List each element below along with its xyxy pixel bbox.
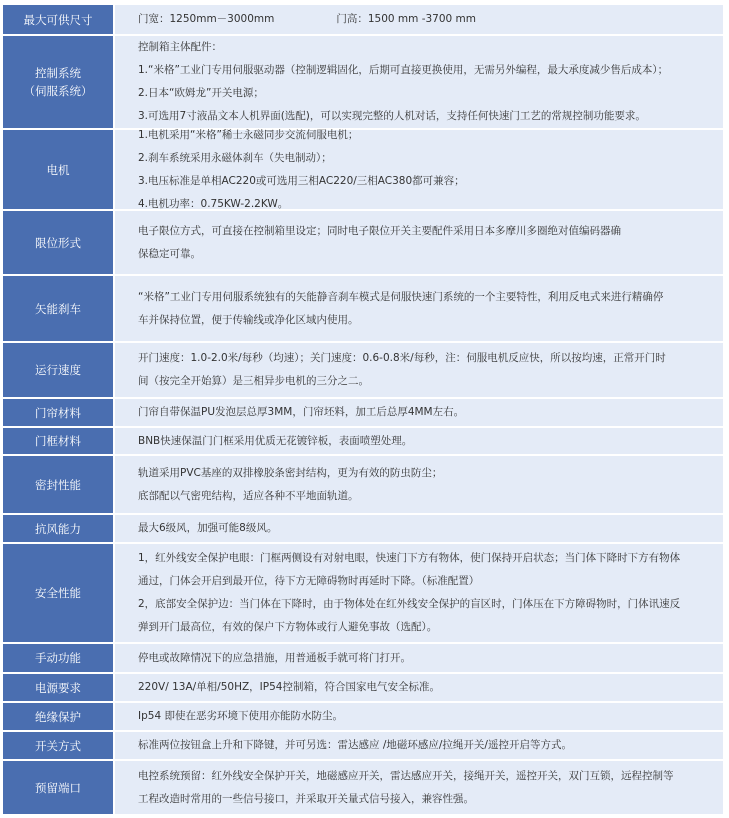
spec-label-text: 绝缘保护 (35, 708, 81, 726)
spec-label-text: 门框材料 (35, 432, 81, 450)
spec-row: 抗风能力最大6级风，加强可能8级风。 (3, 515, 723, 542)
spec-row: 矢能刹车“米格”工业门专用伺服系统独有的矢能静音刹车模式是伺服快速门系统的一个主… (3, 276, 723, 341)
spec-value: 门帘自带保温PU发泡层总厚3MM，门帘坯料，加工后总厚4MM左右。 (115, 399, 723, 426)
spec-label: 开关方式 (3, 732, 113, 759)
spec-label: 限位形式 (3, 211, 113, 274)
size-line: 门宽：1250mm－3000mm门高：1500 mm -3700 mm (138, 8, 713, 31)
spec-value-line: 3.电压标准是单相AC220或可选用三相AC220/三相AC380都可兼容； (138, 170, 713, 193)
spec-label: 控制系统（伺服系统） (3, 36, 113, 128)
spec-label: 手动功能 (3, 644, 113, 672)
spec-row: 限位形式电子限位方式，可直接在控制箱里设定；同时电子限位开关主要配件采用日本多摩… (3, 211, 723, 274)
spec-value-line: “米格”工业门专用伺服系统独有的矢能静音刹车模式是伺服快速门系统的一个主要特性，… (138, 286, 713, 309)
spec-label-text: 矢能刹车 (35, 300, 81, 318)
spec-value-line: 2.刹车系统采用永磁体刹车（失电制动）； (138, 147, 713, 170)
spec-label-text: 抗风能力 (35, 520, 81, 538)
spec-value-line: 1.“米格”工业门专用伺服驱动器（控制逻辑固化，后期可直接更换使用，无需另外编程… (138, 59, 713, 82)
spec-label: 矢能刹车 (3, 276, 113, 341)
spec-value-line: 轨道采用PVC基座的双排橡胶条密封结构，更为有效的防虫防尘； (138, 462, 713, 485)
spec-value: 停电或故障情况下的应急措施，用普通板手就可将门打开。 (115, 644, 723, 672)
spec-value-line: 1.电机采用“米格”稀士永磁同步交流伺服电机； (138, 124, 713, 147)
spec-label: 密封性能 (3, 456, 113, 513)
spec-label: 绝缘保护 (3, 703, 113, 730)
spec-row: 最大可供尺寸门宽：1250mm－3000mm门高：1500 mm -3700 m… (3, 5, 723, 34)
spec-row: 安全性能1，红外线安全保护电眼：门框两侧设有对射电眼，快速门下方有物体，使门保持… (3, 544, 723, 642)
spec-row: 运行速度开门速度：1.0-2.0米/每秒（均速）；关门速度：0.6-0.8米/每… (3, 343, 723, 397)
spec-label-text: 控制系统 (35, 64, 81, 82)
spec-value: 最大6级风，加强可能8级风。 (115, 515, 723, 542)
spec-value: 开门速度：1.0-2.0米/每秒（均速）；关门速度：0.6-0.8米/每秒，注：… (115, 343, 723, 397)
spec-value-line: 门帘自带保温PU发泡层总厚3MM，门帘坯料，加工后总厚4MM左右。 (138, 401, 713, 424)
spec-label: 抗风能力 (3, 515, 113, 542)
spec-value: 控制箱主体配件：1.“米格”工业门专用伺服驱动器（控制逻辑固化，后期可直接更换使… (115, 36, 723, 128)
spec-label-text: 开关方式 (35, 737, 81, 755)
door-width: 门宽：1250mm－3000mm (138, 13, 274, 25)
spec-label: 门帘材料 (3, 399, 113, 426)
spec-table: 最大可供尺寸门宽：1250mm－3000mm门高：1500 mm -3700 m… (3, 5, 723, 816)
spec-value-line: 最大6级风，加强可能8级风。 (138, 517, 713, 540)
spec-label-text: 电机 (47, 161, 70, 179)
spec-row: 密封性能轨道采用PVC基座的双排橡胶条密封结构，更为有效的防虫防尘；底部配以气密… (3, 456, 723, 513)
spec-row: 电机1.电机采用“米格”稀士永磁同步交流伺服电机；2.刹车系统采用永磁体刹车（失… (3, 130, 723, 209)
spec-label-text: 最大可供尺寸 (24, 11, 93, 29)
spec-value-line: 停电或故障情况下的应急措施，用普通板手就可将门打开。 (138, 647, 713, 670)
spec-value: “米格”工业门专用伺服系统独有的矢能静音刹车模式是伺服快速门系统的一个主要特性，… (115, 276, 723, 341)
spec-value-line: 底部配以气密兜结构，适应各种不平地面轨道。 (138, 485, 713, 508)
spec-value-line: 电控系统预留：红外线安全保护开关，地磁感应开关，雷达感应开关，接绳开关，遥控开关… (138, 765, 713, 788)
spec-label-text: （伺服系统） (24, 82, 93, 100)
spec-row: 门框材料BNB快速保温门门框采用优质无花镀锌板，表面喷塑处理。 (3, 428, 723, 454)
spec-value: 1.电机采用“米格”稀士永磁同步交流伺服电机；2.刹车系统采用永磁体刹车（失电制… (115, 130, 723, 209)
spec-value-line: 1，红外线安全保护电眼：门框两侧设有对射电眼，快速门下方有物体，使门保持开启状态… (138, 547, 713, 570)
spec-label-text: 密封性能 (35, 476, 81, 494)
spec-row: 门帘材料门帘自带保温PU发泡层总厚3MM，门帘坯料，加工后总厚4MM左右。 (3, 399, 723, 426)
spec-value-line: 车并保持位置，便于传输线或净化区域内使用。 (138, 309, 713, 332)
spec-value: 1，红外线安全保护电眼：门框两侧设有对射电眼，快速门下方有物体，使门保持开启状态… (115, 544, 723, 642)
spec-label-text: 手动功能 (35, 649, 81, 667)
spec-value-line: 弹到开门最高位，有效的保户下方物体或行人避免事故（选配）。 (138, 616, 713, 639)
spec-label: 电机 (3, 130, 113, 209)
spec-label-text: 预留端口 (35, 779, 81, 797)
spec-value-line: BNB快速保温门门框采用优质无花镀锌板，表面喷塑处理。 (138, 430, 713, 453)
spec-label-text: 限位形式 (35, 234, 81, 252)
spec-row: 控制系统（伺服系统）控制箱主体配件：1.“米格”工业门专用伺服驱动器（控制逻辑固… (3, 36, 723, 128)
spec-row: 预留端口电控系统预留：红外线安全保护开关，地磁感应开关，雷达感应开关，接绳开关，… (3, 761, 723, 814)
spec-value-line: 电子限位方式，可直接在控制箱里设定；同时电子限位开关主要配件采用日本多摩川多圈绝… (138, 220, 713, 243)
spec-value-line: 开门速度：1.0-2.0米/每秒（均速）；关门速度：0.6-0.8米/每秒，注：… (138, 347, 713, 370)
spec-value-line: 通过，门体会开启到最开位，待下方无障碍物时再延时下降。（标准配置） (138, 570, 713, 593)
spec-value: 电控系统预留：红外线安全保护开关，地磁感应开关，雷达感应开关，接绳开关，遥控开关… (115, 761, 723, 814)
spec-label-text: 电源要求 (35, 679, 81, 697)
spec-value: 220V/ 13A/单相/50HZ，IP54控制箱，符合国家电气安全标准。 (115, 674, 723, 701)
spec-label: 预留端口 (3, 761, 113, 814)
spec-label: 安全性能 (3, 544, 113, 642)
spec-label-text: 运行速度 (35, 361, 81, 379)
spec-label-text: 安全性能 (35, 584, 81, 602)
spec-row: 绝缘保护Ip54 即使在恶劣环境下使用亦能防水防尘。 (3, 703, 723, 730)
spec-row: 电源要求220V/ 13A/单相/50HZ，IP54控制箱，符合国家电气安全标准… (3, 674, 723, 701)
spec-value: 轨道采用PVC基座的双排橡胶条密封结构，更为有效的防虫防尘；底部配以气密兜结构，… (115, 456, 723, 513)
spec-value: 标准两位按钮盒上升和下降键，并可另选：雷达感应 /地磁环感应/拉绳开关/遥控开启… (115, 732, 723, 759)
spec-value-line: 220V/ 13A/单相/50HZ，IP54控制箱，符合国家电气安全标准。 (138, 676, 713, 699)
spec-value: BNB快速保温门门框采用优质无花镀锌板，表面喷塑处理。 (115, 428, 723, 454)
spec-value-line: 2，底部安全保护边：当门体在下降时，由于物体处在红外线安全保护的盲区时，门体压在… (138, 593, 713, 616)
door-height: 门高：1500 mm -3700 mm (336, 13, 476, 25)
spec-value-line: 保稳定可靠。 (138, 243, 713, 266)
spec-value-line: 2.日本“欧姆龙”开关电源； (138, 82, 713, 105)
spec-value-line: 工程改造时常用的一些信号接口，并采取开关量式信号接入，兼容性强。 (138, 788, 713, 811)
spec-value-line: Ip54 即使在恶劣环境下使用亦能防水防尘。 (138, 705, 713, 728)
spec-row: 开关方式标准两位按钮盒上升和下降键，并可另选：雷达感应 /地磁环感应/拉绳开关/… (3, 732, 723, 759)
spec-label: 门框材料 (3, 428, 113, 454)
spec-value: 门宽：1250mm－3000mm门高：1500 mm -3700 mm (115, 5, 723, 34)
spec-label: 最大可供尺寸 (3, 5, 113, 34)
spec-label: 运行速度 (3, 343, 113, 397)
spec-label: 电源要求 (3, 674, 113, 701)
spec-value-line: 控制箱主体配件： (138, 36, 713, 59)
spec-value-line: 间（按完全开始算）是三相异步电机的三分之二。 (138, 370, 713, 393)
spec-value: Ip54 即使在恶劣环境下使用亦能防水防尘。 (115, 703, 723, 730)
spec-value-line: 标准两位按钮盒上升和下降键，并可另选：雷达感应 /地磁环感应/拉绳开关/遥控开启… (138, 734, 713, 757)
spec-value: 电子限位方式，可直接在控制箱里设定；同时电子限位开关主要配件采用日本多摩川多圈绝… (115, 211, 723, 274)
spec-label-text: 门帘材料 (35, 404, 81, 422)
spec-row: 手动功能停电或故障情况下的应急措施，用普通板手就可将门打开。 (3, 644, 723, 672)
